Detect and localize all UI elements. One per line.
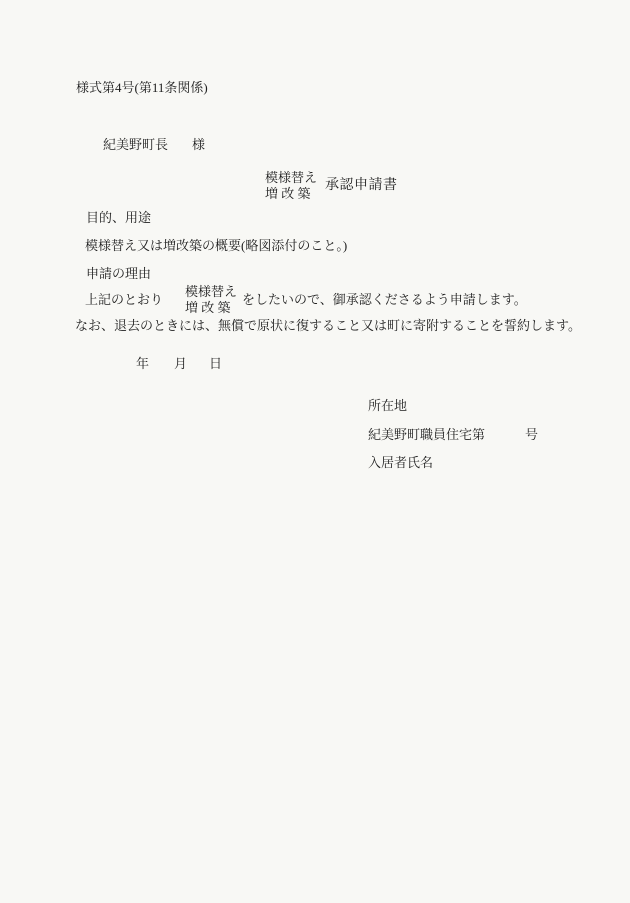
title-stack-bottom: 増 改 築 bbox=[265, 186, 317, 202]
addressee-line: 紀美野町長 様 bbox=[103, 137, 205, 153]
residence-label: 紀美野町職員住宅第 bbox=[368, 427, 485, 442]
field-label-purpose: 目的、用途 bbox=[86, 210, 151, 226]
date-month-label: 月 bbox=[174, 356, 187, 372]
body-stack-bottom: 増 改 築 bbox=[185, 300, 237, 316]
date-line: 年 月 日 bbox=[136, 356, 222, 372]
signature-location-label: 所在地 bbox=[368, 398, 407, 414]
date-year-label: 年 bbox=[136, 356, 149, 372]
field-label-reason: 申請の理由 bbox=[86, 266, 151, 282]
resident-name-label: 入居者氏名 bbox=[368, 455, 433, 471]
application-form-page: 様式第4号(第11条関係) 紀美野町長 様 模様替え 増 改 築 承認申請書 目… bbox=[0, 0, 630, 903]
body-stack-top: 模様替え bbox=[185, 284, 237, 300]
date-day-label: 日 bbox=[209, 356, 222, 372]
title-word-stack: 模様替え 増 改 築 bbox=[265, 170, 317, 201]
addressee-honorific: 様 bbox=[192, 137, 205, 153]
title-text: 承認申請書 bbox=[325, 178, 398, 194]
pledge-sentence: なお、退去のときには、無償で原状に復すること又は町に寄附することを誓約します。 bbox=[75, 318, 581, 334]
addressee-name: 紀美野町長 bbox=[103, 137, 168, 153]
field-label-overview: 模様替え又は増改築の概要(略図添付のこと。) bbox=[85, 238, 347, 254]
body-tail: をしたいので、御承認くださるよう申請します。 bbox=[242, 292, 527, 308]
body-word-stack: 模様替え 増 改 築 bbox=[185, 284, 237, 315]
body-lead: 上記のとおり bbox=[85, 292, 163, 308]
signature-residence-line: 紀美野町職員住宅第 号 bbox=[368, 427, 598, 443]
document-title: 模様替え 増 改 築 承認申請書 bbox=[265, 170, 398, 201]
form-number: 様式第4号(第11条関係) bbox=[76, 80, 208, 96]
title-stack-top: 模様替え bbox=[265, 170, 317, 186]
residence-number-label: 号 bbox=[525, 427, 538, 443]
body-sentence: 上記のとおり 模様替え 増 改 築 をしたいので、御承認くださるよう申請します。 bbox=[85, 284, 527, 315]
